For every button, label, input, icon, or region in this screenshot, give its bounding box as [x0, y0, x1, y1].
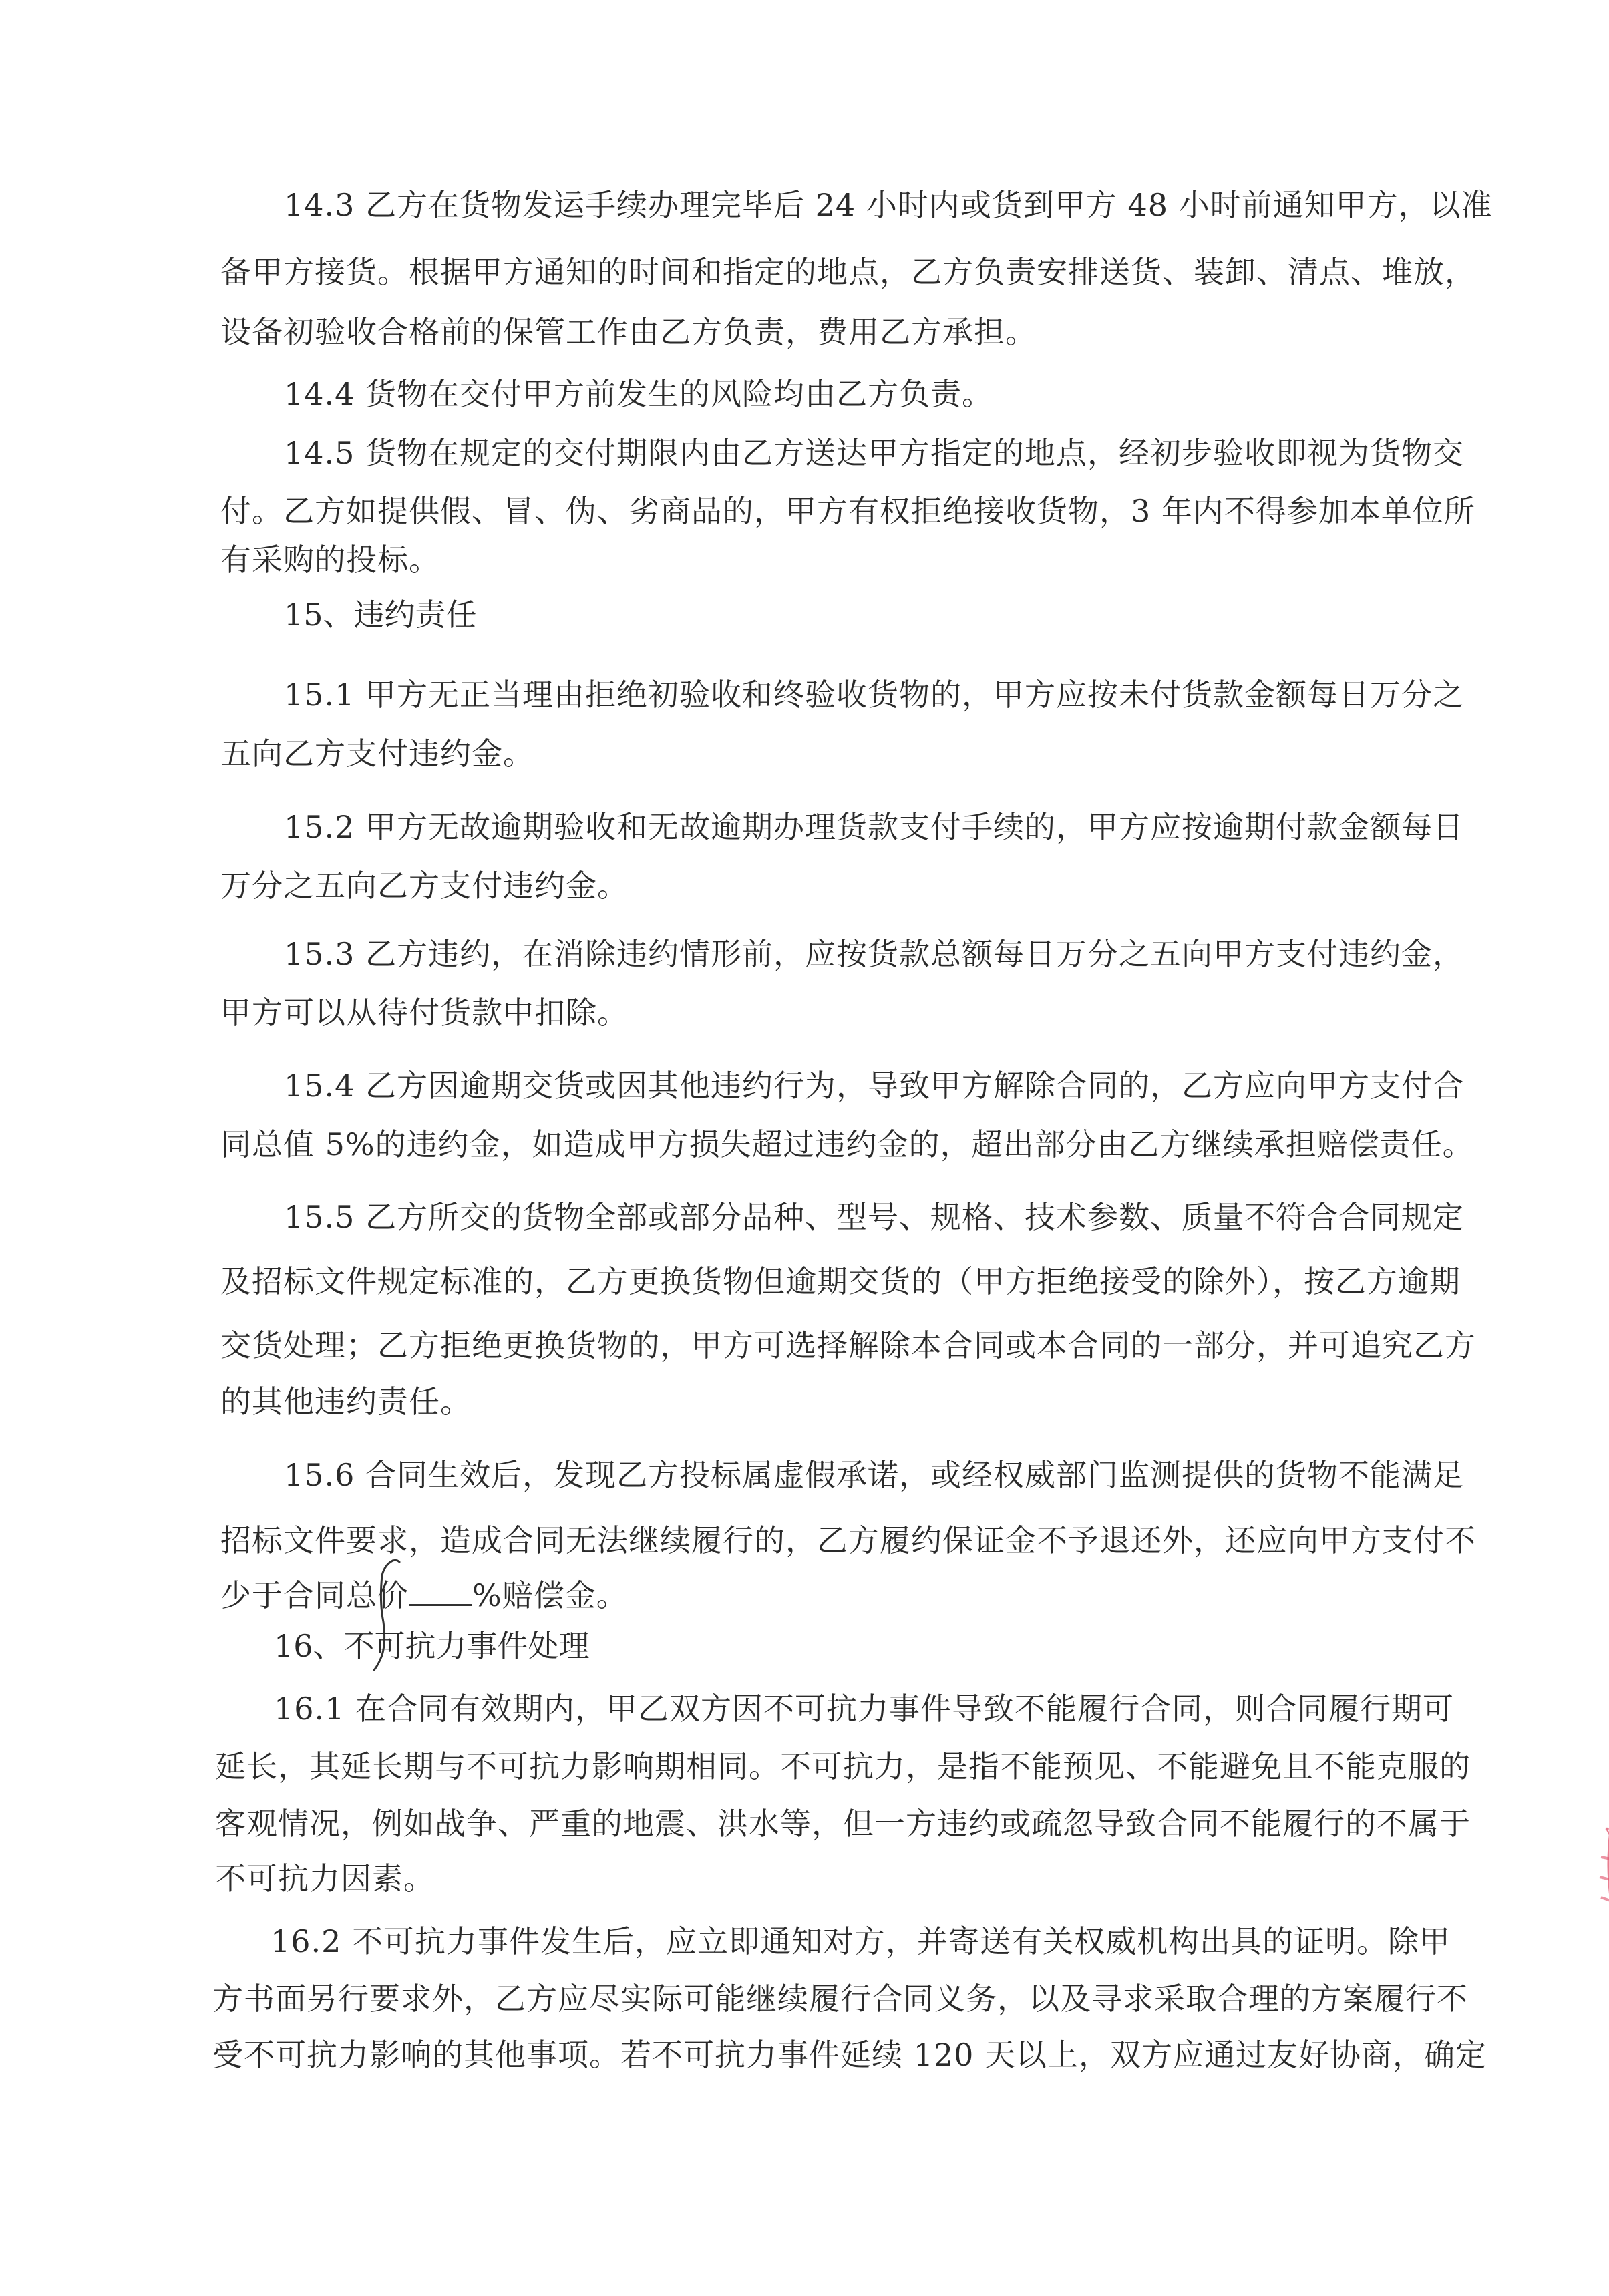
clause-16-1-line-4: 不可抗力因素。: [215, 1858, 1377, 1899]
clause-15-5-line-2: 及招标文件规定标准的，乙方更换货物但逾期交货的（甲方拒绝接受的除外），按乙方逾期: [220, 1261, 1383, 1301]
clause-15-6-line-1: 15.6 合同生效后，发现乙方投标属虚假承诺，或经权威部门监测提供的货物不能满足: [284, 1455, 1383, 1495]
clause-14-5-line-1: 14.5 货物在规定的交付期限内由乙方送达甲方指定的地点，经初步验收即视为货物交: [284, 433, 1383, 473]
clause-15-6-suffix: %赔偿金。: [472, 1577, 628, 1613]
clause-15-3-line-2: 甲方可以从待付货款中扣除。: [220, 993, 1383, 1033]
contract-page: 14.3 乙方在货物发运手续办理完毕后 24 小时内或货到甲方 48 小时前通知…: [0, 0, 1609, 2296]
clause-15-2-line-2: 万分之五向乙方支付违约金。: [220, 866, 1383, 906]
clause-15-2-line-1: 15.2 甲方无故逾期验收和无故逾期办理货款支付手续的，甲方应按逾期付款金额每日: [284, 807, 1383, 847]
clause-14-3-line-3: 设备初验收合格前的保管工作由乙方负责，费用乙方承担。: [220, 312, 1383, 352]
clause-15-4-line-2: 同总值 5%的违约金，如造成甲方损失超过违约金的，超出部分由乙方继续承担赔偿责任…: [220, 1124, 1383, 1164]
clause-16-2-line-3: 受不可抗力影响的其他事项。若不可抗力事件延续 120 天以上，双方应通过友好协商…: [212, 2035, 1375, 2075]
clause-16-1-line-2: 延长，其延长期与不可抗力影响期相同。不可抗力，是指不能预见、不能避免且不能克服的: [215, 1746, 1377, 1786]
clause-14-5-line-3: 有采购的投标。: [220, 540, 1383, 580]
clause-15-1-line-2: 五向乙方支付违约金。: [220, 733, 1383, 774]
clause-15-5-line-1: 15.5 乙方所交的货物全部或部分品种、型号、规格、技术参数、质量不符合合同规定: [284, 1197, 1383, 1237]
clause-16-2-line-2: 方书面另行要求外，乙方应尽实际可能继续履行合同义务，以及寻求采取合理的方案履行不: [212, 1979, 1375, 2019]
clause-16-1-line-1: 16.1 在合同有效期内，甲乙双方因不可抗力事件导致不能履行合同，则合同履行期可: [274, 1689, 1379, 1729]
clause-15-5-line-3: 交货处理；乙方拒绝更换货物的，甲方可选择解除本合同或本合同的一部分，并可追究乙方: [220, 1325, 1383, 1365]
section-16-heading: 16、不可抗力事件处理: [274, 1626, 590, 1666]
red-seal-stamp: 公司: [1566, 1724, 1609, 2004]
clause-15-5-line-4: 的其他违约责任。: [220, 1381, 1383, 1422]
clause-14-4-line-1: 14.4 货物在交付甲方前发生的风险均由乙方负责。: [284, 374, 1383, 414]
clause-16-1-line-3: 客观情况，例如战争、严重的地震、洪水等，但一方违约或疏忽导致合同不能履行的不属于: [215, 1804, 1377, 1844]
clause-14-3-line-2: 备甲方接货。根据甲方通知的时间和指定的地点，乙方负责安排送货、装卸、清点、堆放，: [220, 252, 1383, 292]
clause-14-3-line-1: 14.3 乙方在货物发运手续办理完毕后 24 小时内或货到甲方 48 小时前通知…: [284, 185, 1383, 225]
clause-16-2-line-1: 16.2 不可抗力事件发生后，应立即通知对方，并寄送有关权威机构出具的证明。除甲: [271, 1921, 1379, 1961]
clause-14-5-line-2: 付。乙方如提供假、冒、伪、劣商品的，甲方有权拒绝接收货物，3 年内不得参加本单位…: [220, 491, 1383, 531]
clause-15-1-line-1: 15.1 甲方无正当理由拒绝初验收和终验收货物的，甲方应按未付货款金额每日万分之: [284, 675, 1383, 715]
clause-15-6-line-2: 招标文件要求，造成合同无法继续履行的，乙方履约保证金不予退还外，还应向甲方支付不: [220, 1520, 1383, 1561]
handwritten-blank: [409, 1577, 472, 1606]
section-15-heading: 15、违约责任: [284, 595, 477, 635]
clause-15-4-line-1: 15.4 乙方因逾期交货或因其他违约行为，导致甲方解除合同的，乙方应向甲方支付合: [284, 1065, 1383, 1106]
clause-15-3-line-1: 15.3 乙方违约，在消除违约情形前，应按货款总额每日万分之五向甲方支付违约金，: [284, 934, 1383, 974]
